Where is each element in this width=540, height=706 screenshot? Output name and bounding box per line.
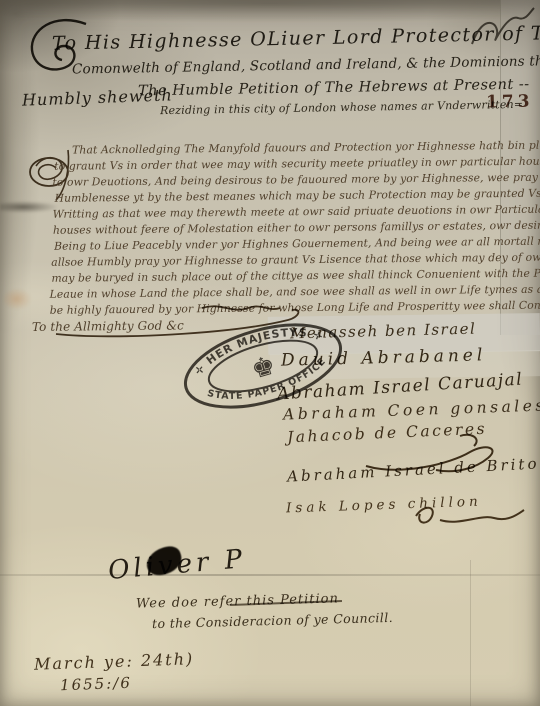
folio-number-stamp: 173 — [486, 92, 534, 113]
body-line: to graunt Vs in order that wee may with … — [54, 154, 540, 172]
body-line: Being to Liue Peacebly vnder yor Highnes… — [54, 234, 540, 252]
body-line: Leaue in whose Land the place shall be, … — [50, 282, 540, 301]
body-line: Humblenesse yt by the best meanes which … — [55, 186, 540, 204]
body-line: Writting as that wee may therewth meete … — [53, 203, 540, 221]
body-line: may be buryed in such place out of the c… — [51, 266, 540, 285]
signature-rubric-chillon — [410, 496, 530, 536]
body-line: to owr Deuotions, And being desirous to … — [52, 170, 540, 189]
body-line: houses without feere of Molestation eith… — [53, 219, 540, 237]
signature-rubric-caceres — [360, 430, 510, 480]
body-line: allsoe Humbly pray yor Highnesse to grau… — [51, 250, 540, 269]
horizontal-crease — [0, 574, 540, 576]
crown-icon: ♚ — [248, 350, 279, 385]
stain-smudge — [2, 288, 32, 310]
vertical-crease — [470, 560, 471, 706]
date-line-2: 1655:/6 — [60, 674, 132, 694]
